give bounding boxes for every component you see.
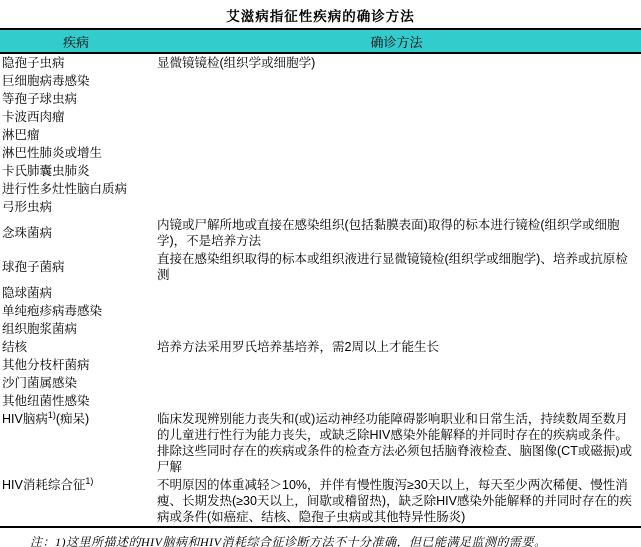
- disease-cell: 组织胞浆菌病: [0, 320, 152, 338]
- table-row: 念珠菌病内镜或尸解所地或直接在感染组织(包括黏膜表面)取得的标本进行镜检(组织学…: [0, 216, 641, 250]
- page-title: 艾滋病指征性疾病的确诊方法: [0, 0, 641, 28]
- method-cell: 显微镜镜检(组织学或细胞学): [152, 53, 641, 72]
- method-cell: 内镜或尸解所地或直接在感染组织(包括黏膜表面)取得的标本进行镜检(组织学或细胞学…: [152, 216, 641, 250]
- table-row: 卡波西肉瘤: [0, 108, 641, 126]
- table-row: 单纯疱疹病毒感染: [0, 302, 641, 320]
- header-row: 疾病 确诊方法: [0, 29, 641, 53]
- method-cell: [152, 302, 641, 320]
- method-cell: 直接在感染组织取得的标本或组织液进行显微镜镜检(组织学或细胞学)、培养或抗原检测: [152, 250, 641, 284]
- method-cell: [152, 144, 641, 162]
- table-row: 球孢子菌病直接在感染组织取得的标本或组织液进行显微镜镜检(组织学或细胞学)、培养…: [0, 250, 641, 284]
- table-row: 进行性多灶性脑白质病: [0, 180, 641, 198]
- table-row: 淋巴性肺炎或增生: [0, 144, 641, 162]
- table-row: 弓形虫病: [0, 198, 641, 216]
- method-cell: [152, 392, 641, 410]
- footnote: 注：1)这里所描述的HIV脑病和HIV消耗综合征诊断方法不十分准确，但已能满足监…: [0, 528, 641, 547]
- table-row: 组织胞浆菌病: [0, 320, 641, 338]
- table-row: HIV脑病1)(痴呆)临床发现辨别能力丧失和(或)运动神经功能障碍影响职业和日常…: [0, 410, 641, 476]
- diagnosis-table: 疾病 确诊方法 隐孢子虫病显微镜镜检(组织学或细胞学)巨细胞病毒感染等孢子球虫病…: [0, 28, 641, 528]
- disease-cell: 其他纽菌性感染: [0, 392, 152, 410]
- disease-cell: 淋巴瘤: [0, 126, 152, 144]
- disease-cell: 隐孢子虫病: [0, 53, 152, 72]
- disease-cell: 进行性多灶性脑白质病: [0, 180, 152, 198]
- table-row: 结核培养方法采用罗氏培养基培养，需2周以上才能生长: [0, 338, 641, 356]
- method-cell: [152, 284, 641, 302]
- disease-cell: 等孢子球虫病: [0, 90, 152, 108]
- column-header-disease: 疾病: [0, 29, 152, 53]
- method-cell: [152, 108, 641, 126]
- disease-cell: 念珠菌病: [0, 216, 152, 250]
- method-cell: [152, 126, 641, 144]
- method-cell: [152, 180, 641, 198]
- table-row: 隐孢子虫病显微镜镜检(组织学或细胞学): [0, 53, 641, 72]
- method-cell: [152, 90, 641, 108]
- table-row: HIV消耗综合征1)不明原因的体重减轻＞10%，并伴有慢性腹泻≥30天以上，每天…: [0, 476, 641, 527]
- method-cell: [152, 374, 641, 392]
- table-row: 其他分枝杆菌病: [0, 356, 641, 374]
- disease-cell: 弓形虫病: [0, 198, 152, 216]
- method-cell: 不明原因的体重减轻＞10%，并伴有慢性腹泻≥30天以上，每天至少两次稀便、慢性消…: [152, 476, 641, 527]
- disease-cell: 卡波西肉瘤: [0, 108, 152, 126]
- method-cell: [152, 162, 641, 180]
- table-row: 隐球菌病: [0, 284, 641, 302]
- disease-cell: 隐球菌病: [0, 284, 152, 302]
- table-row: 巨细胞病毒感染: [0, 72, 641, 90]
- disease-cell: 沙门菌属感染: [0, 374, 152, 392]
- disease-cell: 其他分枝杆菌病: [0, 356, 152, 374]
- method-cell: 临床发现辨别能力丧失和(或)运动神经功能障碍影响职业和日常生活，持续数周至数月的…: [152, 410, 641, 476]
- disease-cell: 球孢子菌病: [0, 250, 152, 284]
- table-row: 沙门菌属感染: [0, 374, 641, 392]
- column-header-method: 确诊方法: [152, 29, 641, 53]
- method-cell: [152, 356, 641, 374]
- table-row: 卡氏肺囊虫肺炎: [0, 162, 641, 180]
- disease-cell: HIV脑病1)(痴呆): [0, 410, 152, 476]
- table-row: 淋巴瘤: [0, 126, 641, 144]
- footnote-marker: 1): [85, 476, 93, 486]
- document-page: 艾滋病指征性疾病的确诊方法 疾病 确诊方法 隐孢子虫病显微镜镜检(组织学或细胞学…: [0, 0, 641, 547]
- disease-cell: 巨细胞病毒感染: [0, 72, 152, 90]
- disease-cell: 单纯疱疹病毒感染: [0, 302, 152, 320]
- disease-cell: HIV消耗综合征1): [0, 476, 152, 527]
- method-cell: 培养方法采用罗氏培养基培养，需2周以上才能生长: [152, 338, 641, 356]
- method-cell: [152, 72, 641, 90]
- disease-cell: 淋巴性肺炎或增生: [0, 144, 152, 162]
- table-row: 等孢子球虫病: [0, 90, 641, 108]
- footnote-marker: 1): [48, 410, 56, 420]
- method-cell: [152, 320, 641, 338]
- disease-cell: 卡氏肺囊虫肺炎: [0, 162, 152, 180]
- method-cell: [152, 198, 641, 216]
- disease-cell: 结核: [0, 338, 152, 356]
- table-row: 其他纽菌性感染: [0, 392, 641, 410]
